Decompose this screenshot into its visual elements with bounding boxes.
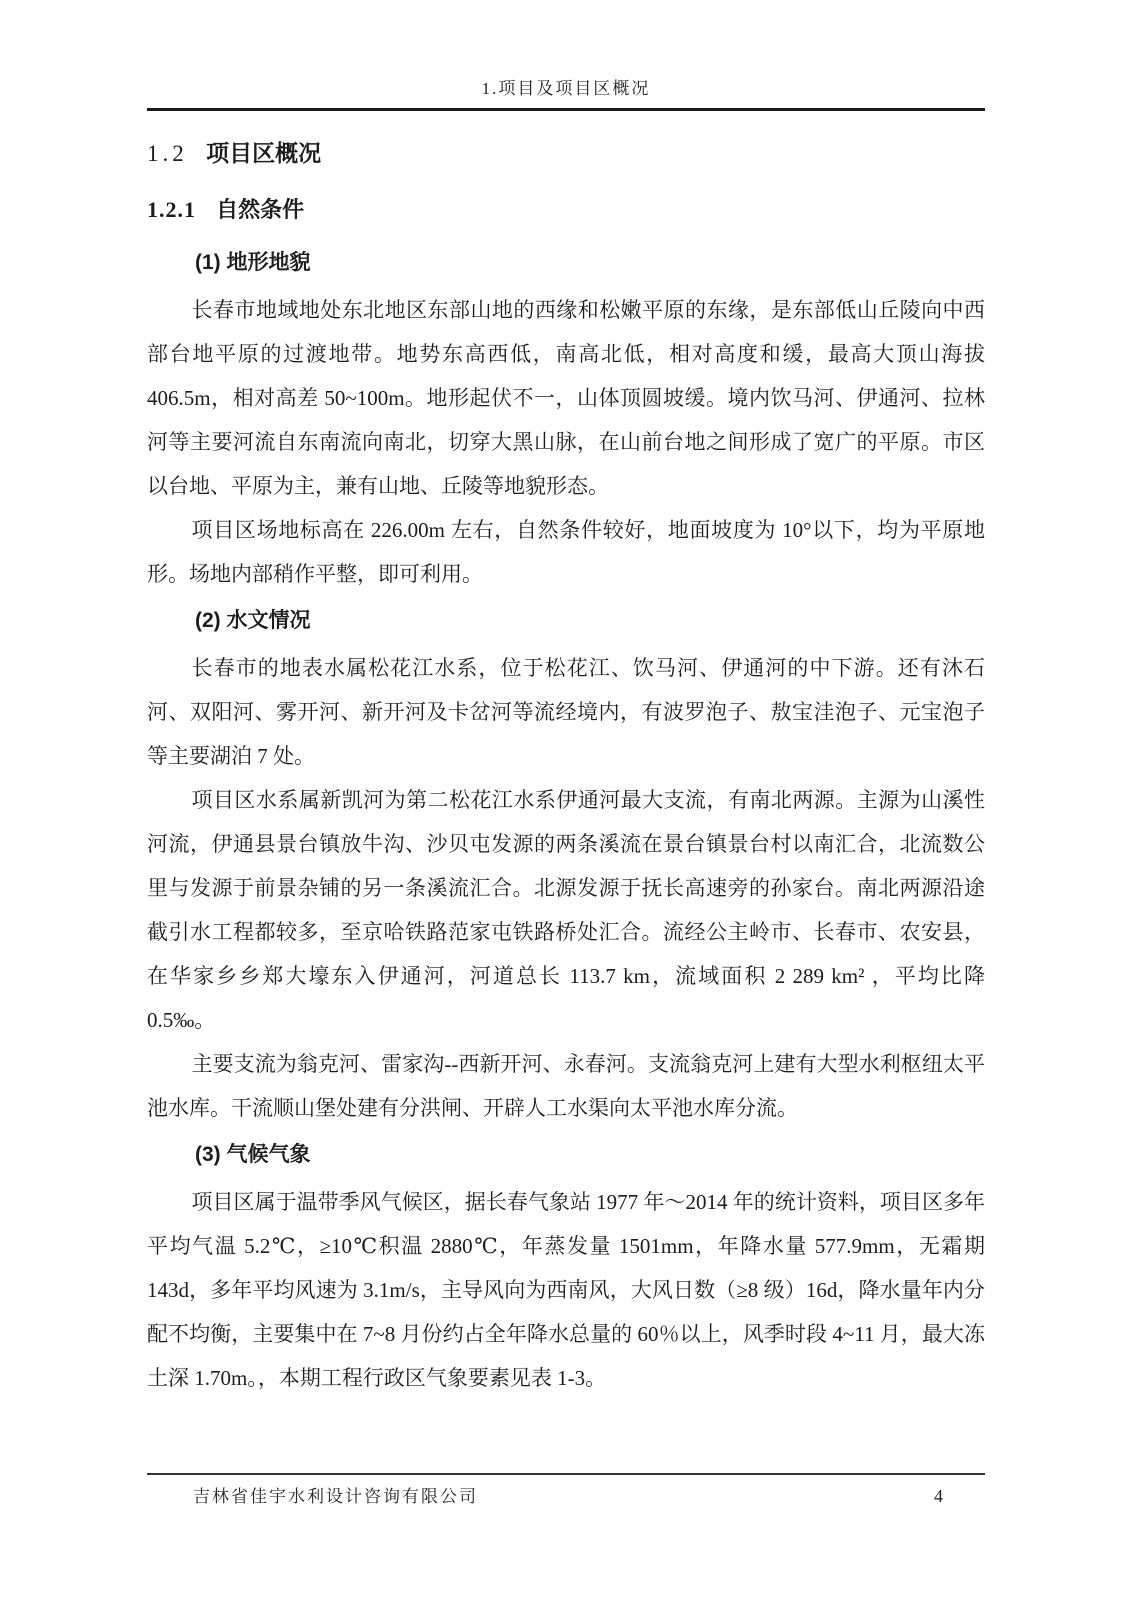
running-header-title: 1.项目及项目区概况 bbox=[482, 79, 651, 98]
clause-subheading: (3) 气候气象 bbox=[147, 1130, 985, 1180]
body-blocks: (1) 地形地貌长春市地域地处东北地区东部山地的西缘和松嫩平原的东缘，是东部低山… bbox=[147, 238, 985, 1400]
footer-company-name: 吉林省佳宇水利设计咨询有限公司 bbox=[193, 1482, 478, 1507]
clause-subheading: (1) 地形地貌 bbox=[147, 238, 985, 288]
body-paragraph: 长春市的地表水属松花江水系，位于松花江、饮马河、伊通河的中下游。还有沐石河、双阳… bbox=[147, 646, 985, 778]
document-page: 1.项目及项目区概况 1.2 项目区概况 1.2.1 自然条件 (1) 地形地貌… bbox=[0, 0, 1131, 1600]
body-paragraph: 项目区属于温带季风气候区，据长春气象站 1977 年～2014 年的统计资料，项… bbox=[147, 1180, 985, 1400]
body-paragraph: 项目区场地标高在 226.00m 左右，自然条件较好，地面坡度为 10°以下，均… bbox=[147, 508, 985, 596]
section-heading: 1.2 项目区概况 bbox=[147, 137, 985, 170]
footer-row: 吉林省佳宇水利设计咨询有限公司 4 bbox=[147, 1475, 985, 1507]
footer-page-number: 4 bbox=[934, 1486, 943, 1507]
body-paragraph: 长春市地域地处东北地区东部山地的西缘和松嫩平原的东缘，是东部低山丘陵向中西部台地… bbox=[147, 288, 985, 508]
page-footer: 吉林省佳宇水利设计咨询有限公司 4 bbox=[147, 1473, 985, 1507]
document-content: 1.2 项目区概况 1.2.1 自然条件 (1) 地形地貌长春市地域地处东北地区… bbox=[147, 137, 985, 1400]
section-title: 项目区概况 bbox=[206, 140, 321, 166]
section-number: 1.2 bbox=[147, 141, 188, 166]
body-paragraph: 主要支流为翁克河、雷家沟--西新开河、永春河。支流翁克河上建有大型水利枢纽太平池… bbox=[147, 1042, 985, 1130]
clause-subheading: (2) 水文情况 bbox=[147, 596, 985, 646]
header-rule bbox=[147, 108, 985, 111]
page-header: 1.项目及项目区概况 bbox=[147, 0, 985, 99]
subsection-heading: 1.2.1 自然条件 bbox=[147, 194, 985, 226]
subsection-number: 1.2.1 bbox=[147, 197, 196, 222]
subsection-title: 自然条件 bbox=[216, 197, 304, 222]
body-paragraph: 项目区水系属新凯河为第二松花江水系伊通河最大支流，有南北两源。主源为山溪性河流，… bbox=[147, 778, 985, 1042]
